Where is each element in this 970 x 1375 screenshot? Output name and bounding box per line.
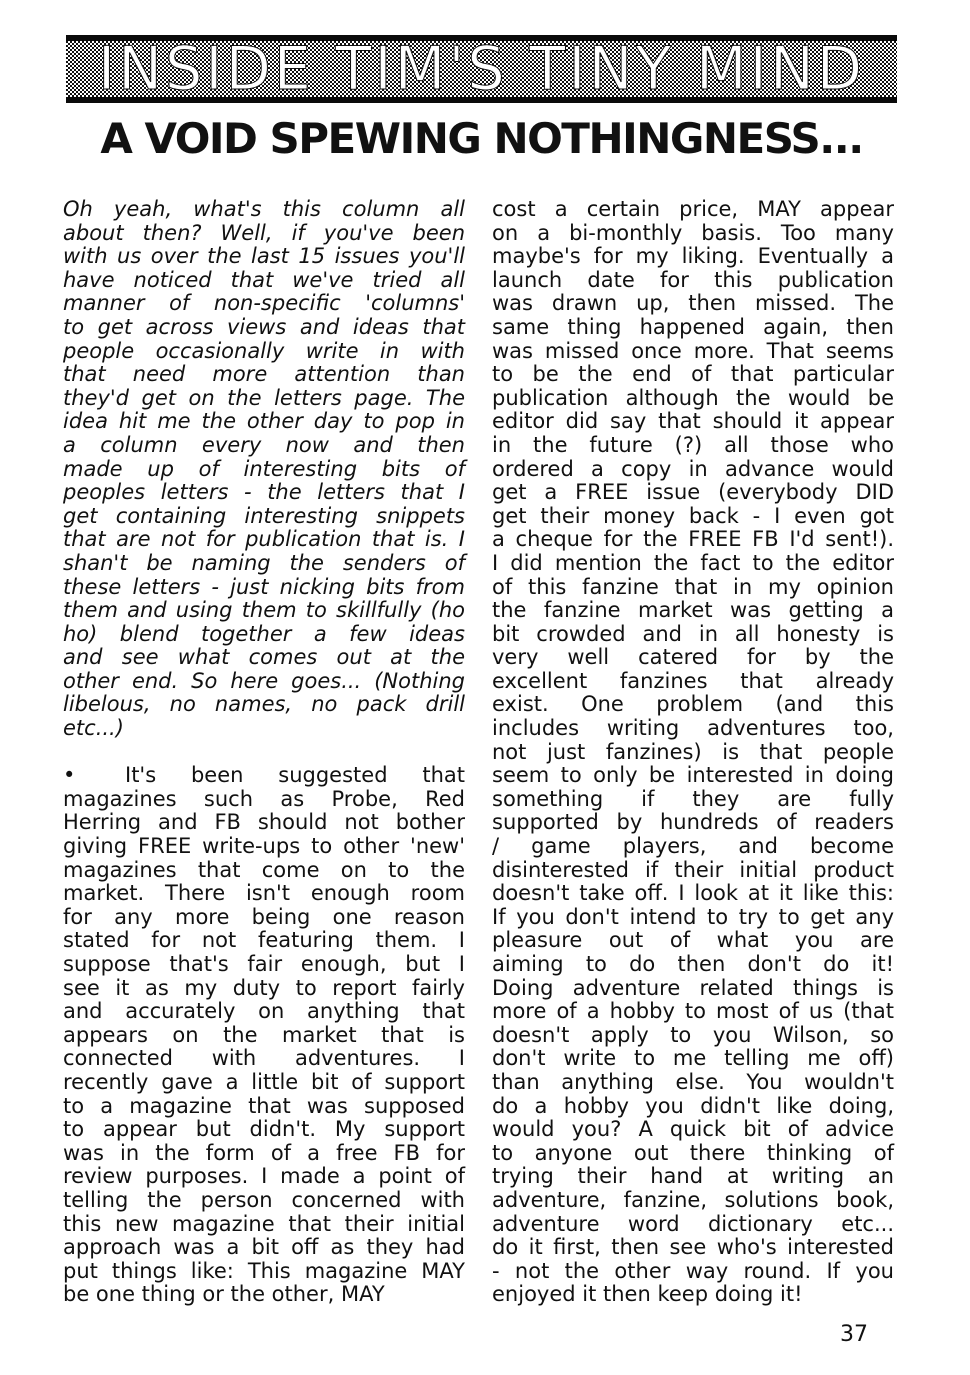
text-line: the fanzine market was getting a — [492, 599, 894, 623]
text-line: review purposes. I made a point of — [63, 1165, 465, 1189]
text-line: publication although the would be — [492, 387, 894, 411]
text-line: on a bi-monthly basis. Too many — [492, 222, 894, 246]
text-line: don't write to me telling me off) — [492, 1047, 894, 1071]
text-line: not just fanzines) is that people — [492, 741, 894, 765]
text-line: that are not for publication that is. I — [63, 528, 465, 552]
text-line: - not the other way round. If you — [492, 1260, 894, 1284]
text-line: was in the form of a free FB for — [63, 1142, 465, 1166]
text-line: more of a hobby to most of us (that — [492, 1000, 894, 1024]
text-line: approach was a bit off as they had — [63, 1236, 465, 1260]
text-line: very well catered for by the — [492, 646, 894, 670]
text-line: pleasure out of what you are — [492, 929, 894, 953]
text-line: manner of non-specific 'columns' — [63, 292, 465, 316]
text-line: Herring and FB should not bother — [63, 811, 465, 835]
text-line: see it as my duty to report fairly — [63, 977, 465, 1001]
text-line: get a FREE issue (everybody DID — [492, 481, 894, 505]
column-title-banner: INSIDE TIM'S TINY MIND — [66, 35, 897, 103]
text-line: in the future (?) all those who — [492, 434, 894, 458]
text-line: they'd get on the letters page. The — [63, 387, 465, 411]
text-line: launch date for this publication — [492, 269, 894, 293]
left-column: Oh yeah, what's this column allabout the… — [63, 198, 465, 1307]
text-line: market. There isn't enough room — [63, 882, 465, 906]
text-line: Oh yeah, what's this column all — [63, 198, 465, 222]
text-line: doesn't apply to you Wilson, so — [492, 1024, 894, 1048]
text-line: supported by hundreds of readers — [492, 811, 894, 835]
text-line: appears on the market that is — [63, 1024, 465, 1048]
text-line: bit crowded and in all honesty is — [492, 623, 894, 647]
text-line: be one thing or the other, MAY — [63, 1283, 465, 1307]
text-line: have noticed that we've tried all — [63, 269, 465, 293]
text-line: telling the person concerned with — [63, 1189, 465, 1213]
text-line: with us over the last 15 issues you'll — [63, 245, 465, 269]
text-line: for any more being one reason — [63, 906, 465, 930]
text-line: made up of interesting bits of — [63, 458, 465, 482]
text-line: connected with adventures. I — [63, 1047, 465, 1071]
text-line: includes writing adventures too, — [492, 717, 894, 741]
article-headline: A VOID SPEWING NOTHINGNESS... — [66, 118, 897, 160]
text-line: something if they are fully — [492, 788, 894, 812]
text-line: excellent fanzines that already — [492, 670, 894, 694]
intro-paragraph: Oh yeah, what's this column allabout the… — [63, 198, 465, 741]
text-line: editor did say that should it appear — [492, 410, 894, 434]
text-line: Doing adventure related things is — [492, 977, 894, 1001]
text-line: aiming to do then don't do it! — [492, 953, 894, 977]
text-line: was drawn up, then missed. The — [492, 292, 894, 316]
text-line: these letters - just nicking bits from — [63, 576, 465, 600]
text-line: seem to only be interested in doing — [492, 764, 894, 788]
column-title: INSIDE TIM'S TINY MIND — [98, 39, 865, 99]
text-line: a column every now and then — [63, 434, 465, 458]
text-line: to a magazine that was supposed — [63, 1095, 465, 1119]
text-line: this new magazine that their initial — [63, 1213, 465, 1237]
text-line: same thing happened again, then — [492, 316, 894, 340]
text-line: to get across views and ideas that — [63, 316, 465, 340]
text-line: adventure word dictionary etc... — [492, 1213, 894, 1237]
text-line: magazines that come on to the — [63, 859, 465, 883]
text-line: to be the end of that particular — [492, 363, 894, 387]
text-line: disinterested if their initial product — [492, 859, 894, 883]
text-line: / game players, and become — [492, 835, 894, 859]
text-line: get their money back - I even got — [492, 505, 894, 529]
text-line: about then? Well, if you've been — [63, 222, 465, 246]
text-line: magazines such as Probe, Red — [63, 788, 465, 812]
text-line: put things like: This magazine MAY — [63, 1260, 465, 1284]
text-line: do it first, then see who's interested — [492, 1236, 894, 1260]
text-line: idea hit me the other day to pop in — [63, 410, 465, 434]
text-line: giving FREE write-ups to other 'new' — [63, 835, 465, 859]
text-line: other end. So here goes... (Nothing — [63, 670, 465, 694]
text-line: libelous, no names, no pack drill — [63, 693, 465, 717]
text-line: peoples letters - the letters that I — [63, 481, 465, 505]
text-line: get containing interesting snippets — [63, 505, 465, 529]
text-line: ho) blend together a few ideas — [63, 623, 465, 647]
text-line: suppose that's fair enough, but I — [63, 953, 465, 977]
text-line: trying their hand at writing an — [492, 1165, 894, 1189]
text-line: exist. One problem (and this — [492, 693, 894, 717]
text-line: a cheque for the FREE FB I'd sent!). — [492, 528, 894, 552]
text-line: them and using them to skillfully (ho — [63, 599, 465, 623]
text-line: doesn't take off. I look at it like this… — [492, 882, 894, 906]
text-line: of this fanzine that in my opinion — [492, 576, 894, 600]
bullet-paragraph-right: cost a certain price, MAY appearon a bi-… — [492, 198, 894, 1307]
text-line: ordered a copy in advance would — [492, 458, 894, 482]
text-line: would you? A quick bit of advice — [492, 1118, 894, 1142]
text-line: •It's been suggested that — [63, 764, 465, 788]
text-line: to anyone out there thinking of — [492, 1142, 894, 1166]
text-line: cost a certain price, MAY appear — [492, 198, 894, 222]
text-line: to appear but didn't. My support — [63, 1118, 465, 1142]
right-column: cost a certain price, MAY appearon a bi-… — [492, 198, 894, 1307]
text-line: I did mention the fact to the editor — [492, 552, 894, 576]
text-line: shan't be naming the senders of — [63, 552, 465, 576]
text-line: and accurately on anything that — [63, 1000, 465, 1024]
text-line: do a hobby you didn't like doing, — [492, 1095, 894, 1119]
text-line: adventure, fanzine, solutions book, — [492, 1189, 894, 1213]
bullet-paragraph-left: •It's been suggested thatmagazines such … — [63, 764, 465, 1307]
text-line: and see what comes out at the — [63, 646, 465, 670]
text-line: stated for not featuring them. I — [63, 929, 465, 953]
text-line: than anything else. You wouldn't — [492, 1071, 894, 1095]
text-line: was missed once more. That seems — [492, 340, 894, 364]
text-line: that need more attention than — [63, 363, 465, 387]
text-line: If you don't intend to try to get any — [492, 906, 894, 930]
text-line: etc...) — [63, 717, 465, 741]
text-line: maybe's for my liking. Eventually a — [492, 245, 894, 269]
bullet-icon: • — [63, 764, 125, 788]
text-line: enjoyed it then keep doing it! — [492, 1283, 894, 1307]
page-number: 37 — [840, 1322, 868, 1347]
paragraph-spacer — [63, 741, 465, 765]
text-line: recently gave a little bit of support — [63, 1071, 465, 1095]
text-line: people occasionally write in with — [63, 340, 465, 364]
